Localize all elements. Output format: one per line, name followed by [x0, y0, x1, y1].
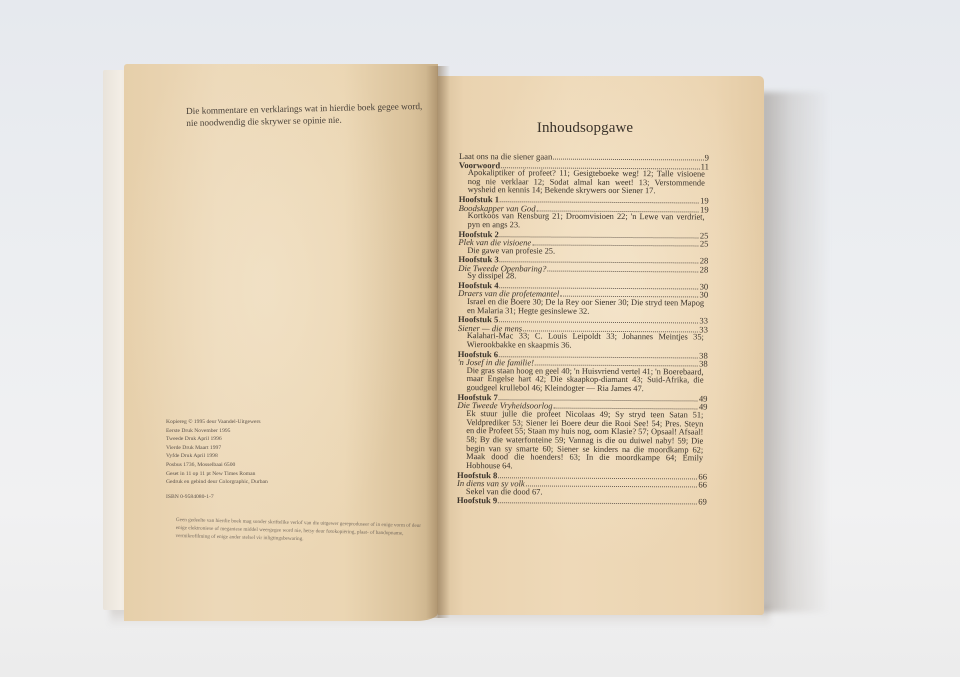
photo-scene: Die kommentare en verklarings wat in hie…	[0, 0, 960, 677]
dot-leader	[553, 153, 703, 161]
dot-leader	[500, 195, 699, 203]
dot-leader	[526, 480, 698, 488]
toc-subtopics: Apokaliptiker of profeet? 11; Gesigteboe…	[459, 169, 709, 197]
toc-entry-label: Hoofstuk 9	[457, 496, 497, 505]
toc-page-number: 25	[700, 239, 709, 248]
imprint-line: Vyfde Druk April 1998	[166, 452, 396, 461]
imprint-line: Eerste Druk November 1995	[166, 427, 396, 436]
book-shadow	[760, 92, 830, 612]
toc-subtopics: Ek stuur julle die profeet Nicolaas 49; …	[457, 410, 707, 472]
toc-page-number: 69	[698, 498, 707, 507]
toc-subtopics: Kortkoos van Rensburg 21; Droomvisioen 2…	[459, 212, 709, 231]
dot-leader	[499, 316, 698, 324]
imprint-line: Gedruk en gebind deur Colorgraphic, Durb…	[166, 478, 396, 487]
dot-leader	[560, 290, 698, 298]
dot-leader	[498, 497, 697, 505]
isbn: ISBN 0-9584080-1-7	[166, 493, 396, 502]
dot-leader	[498, 471, 697, 479]
dot-leader	[532, 238, 699, 246]
imprint-line: Posbus 1736, Mosselbaai 6500	[166, 461, 396, 470]
table-of-contents: Laat ons na die siener gaan9Voorwoord11A…	[457, 152, 709, 506]
imprint-line: Kopiereg © 1995 deur Vaandel-Uitgewers	[166, 418, 396, 427]
toc-page-number: 66	[698, 481, 707, 490]
toc-title: Inhoudsopgawe	[455, 120, 715, 137]
book-gutter	[426, 66, 450, 618]
copyright-imprint: Kopiereg © 1995 deur Vaandel-Uitgewers E…	[166, 418, 396, 501]
toc-page-number: 28	[700, 265, 709, 274]
imprint-line: Geset in 11 op 11 pt New Times Roman	[166, 470, 396, 479]
toc-entry: Hoofstuk 969	[457, 496, 707, 506]
imprint-line: Vierde Druk Maart 1997	[166, 444, 396, 453]
imprint-line: Tweede Druk April 1996	[166, 435, 396, 444]
dot-leader	[535, 359, 698, 367]
dot-leader	[554, 402, 698, 410]
dot-leader	[547, 264, 698, 272]
toc-subtopics: Die gras staan hoog en geel 40; 'n Huisv…	[458, 367, 708, 395]
